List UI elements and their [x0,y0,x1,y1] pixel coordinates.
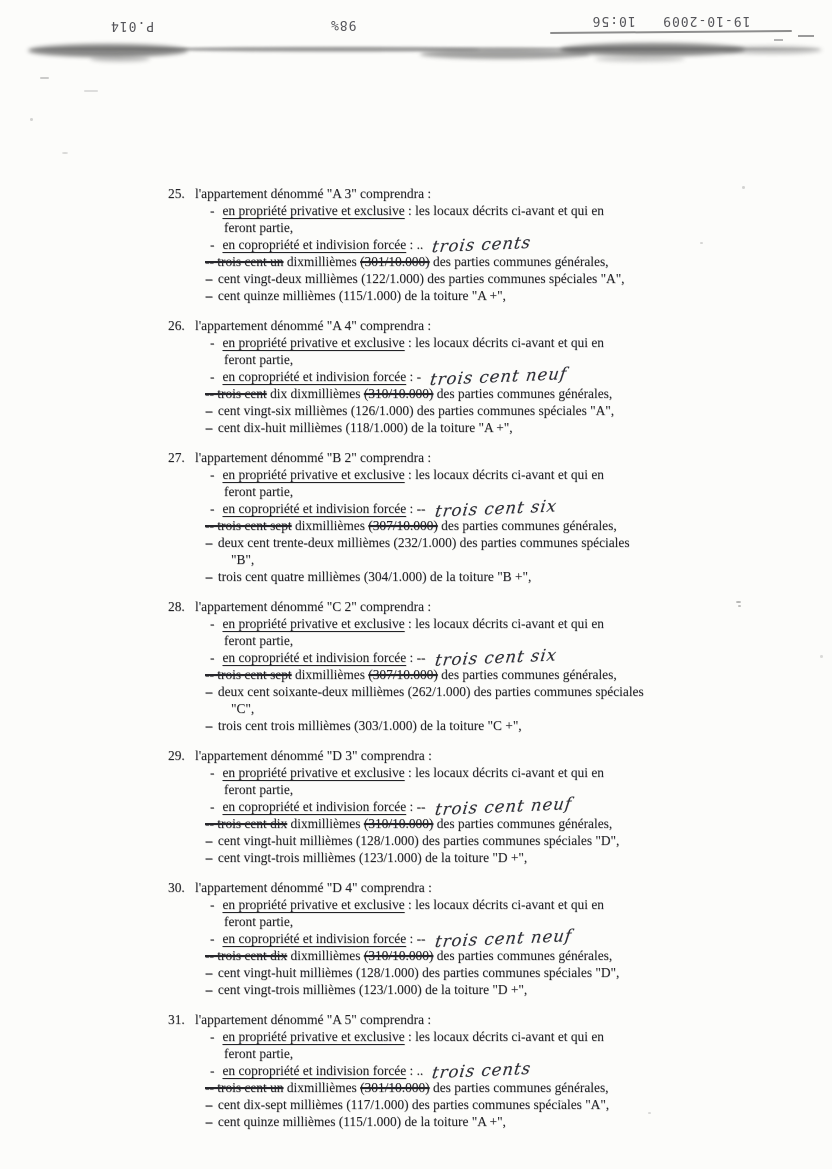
copropriete-sep: : - [406,369,421,384]
privative-line: -en propriété privative et exclusive : l… [168,764,792,781]
struck-text: -- trois cent dix [205,816,287,831]
list-item: 27.l'appartement dénommé "B 2" comprendr… [168,449,792,585]
scan-speck [820,655,823,658]
bullet-dash: - [210,335,214,350]
item-title: l'appartement dénommé "A 4" comprendra : [195,318,431,333]
bullet-dash: - [210,765,214,780]
copropriete-label: en copropriété et indivision forcée [222,237,406,252]
generales-line: -- trois cent un dixmillièmes (301/10.00… [168,253,792,270]
toiture-line: --trois cent trois millièmes (303/1.000)… [168,717,792,734]
list-item: 28.l'appartement dénommé "C 2" comprendr… [168,598,792,734]
generales-mid: dixmillièmes [287,948,364,963]
handwritten-annotation: trois cent six [434,650,557,665]
privative-line: -en propriété privative et exclusive : l… [168,1028,792,1045]
generales-mid: dixmillièmes [283,1080,360,1095]
speciales-line: --cent vingt-huit millièmes (128/1.000) … [168,832,792,849]
generales-rest: des parties communes générales, [433,386,612,401]
bullet-dashes: -- [205,535,212,550]
privative-wrap: feront partie, [168,219,792,236]
speciales-text: cent vingt-huit millièmes (128/1.000) de… [218,965,619,980]
struck-fraction: (310/10.000) [364,948,434,963]
bullet-dashes: -- [205,718,212,733]
scan-smudge-band [0,40,832,70]
toiture-text: trois cent quatre millièmes (304/1.000) … [218,569,531,584]
speciales-text: deux cent trente-deux millièmes (232/1.0… [218,535,630,550]
toiture-line: --cent vingt-trois millièmes (123/1.000)… [168,849,792,866]
generales-mid: dixmillièmes [292,667,369,682]
item-title: l'appartement dénommé "C 2" comprendra : [195,599,431,614]
list-item: 25.l'appartement dénommé "A 3" comprendr… [168,185,792,304]
struck-fraction: (301/10.000) [360,1080,430,1095]
list-item: 30.l'appartement dénommé "D 4" comprendr… [168,879,792,998]
item-header: 25.l'appartement dénommé "A 3" comprendr… [168,185,792,202]
item-number: 25. [168,185,195,202]
bullet-dashes: -- [205,288,212,303]
copropriete-sep: : -- [406,799,425,814]
toiture-text: cent dix-huit millièmes (118/1.000) de l… [218,420,513,435]
speciales-text: deux cent soixante-deux millièmes (262/1… [218,684,644,699]
list-item: 26.l'appartement dénommé "A 4" comprendr… [168,317,792,436]
copropriete-line: -en copropriété et indivision forcée : -… [168,798,792,815]
generales-line: -- trois cent dix dixmillièmes (310/10.0… [168,385,792,402]
item-number: 27. [168,449,195,466]
item-title: l'appartement dénommé "A 5" comprendra : [195,1012,431,1027]
fax-header-underline [550,30,792,34]
bullet-dashes: -- [205,1097,212,1112]
document-body: 25.l'appartement dénommé "A 3" comprendr… [168,185,792,1143]
item-title: l'appartement dénommé "B 2" comprendra : [195,450,431,465]
struck-fraction: (307/10.000) [368,667,438,682]
toiture-line: --cent quinze millièmes (115/1.000) de l… [168,1113,792,1130]
privative-rest: : les locaux décrits ci-avant et qui en [405,335,604,350]
struck-text: -- trois cent [205,386,267,401]
bullet-dashes: -- [205,403,212,418]
privative-rest: : les locaux décrits ci-avant et qui en [405,1029,604,1044]
item-number: 29. [168,747,195,764]
privative-label: en propriété privative et exclusive [222,203,404,218]
bullet-dash: - [210,501,214,516]
privative-line: -en propriété privative et exclusive : l… [168,466,792,483]
handwritten-annotation: trois cent six [434,501,557,516]
privative-label: en propriété privative et exclusive [222,1029,404,1044]
bullet-dashes: -- [205,982,212,997]
bullet-dashes: -- [205,684,212,699]
privative-wrap: feront partie, [168,632,792,649]
generales-rest: des parties communes générales, [430,1080,609,1095]
scan-speck [84,90,98,92]
speciales-text: cent vingt-huit millièmes (128/1.000) de… [218,833,619,848]
bullet-dashes: -- [205,850,212,865]
privative-wrap: feront partie, [168,483,792,500]
privative-rest: : les locaux décrits ci-avant et qui en [405,467,604,482]
copropriete-label: en copropriété et indivision forcée [222,369,406,384]
copropriete-line: -en copropriété et indivision forcée : -… [168,649,792,666]
list-item: 31.l'appartement dénommé "A 5" comprendr… [168,1011,792,1130]
privative-wrap: feront partie, [168,351,792,368]
privative-line: -en propriété privative et exclusive : l… [168,896,792,913]
privative-line: -en propriété privative et exclusive : l… [168,202,792,219]
bullet-dash: - [210,650,214,665]
speciales-line: --cent dix-sept millièmes (117/1.000) de… [168,1096,792,1113]
scan-artifact-dash [798,35,814,37]
handwritten-annotation: trois cents [432,1064,532,1078]
list-item: 29.l'appartement dénommé "D 3" comprendr… [168,747,792,866]
speciales-wrap: "B", [168,551,792,568]
generales-line: -- trois cent sept dixmillièmes (307/10.… [168,666,792,683]
generales-rest: des parties communes générales, [433,948,612,963]
toiture-text: trois cent trois millièmes (303/1.000) d… [218,718,522,733]
copropriete-sep: : .. [406,237,423,252]
struck-text: -- trois cent dix [205,948,287,963]
generales-line: -- trois cent un dixmillièmes (301/10.00… [168,1079,792,1096]
generales-rest: des parties communes générales, [438,667,617,682]
handwritten-annotation: trois cents [432,238,532,252]
copropriete-line: -en copropriété et indivision forcée : -… [168,500,792,517]
privative-rest: : les locaux décrits ci-avant et qui en [405,765,604,780]
speciales-line: --deux cent trente-deux millièmes (232/1… [168,534,792,551]
scan-speck [40,77,49,79]
toiture-line: --cent vingt-trois millièmes (123/1.000)… [168,981,792,998]
speciales-line: --cent vingt-deux millièmes (122/1.000) … [168,270,792,287]
generales-mid: dixmillièmes [287,816,364,831]
scan-speck [30,118,33,121]
bullet-dash: - [210,799,214,814]
bullet-dashes: -- [205,271,212,286]
fax-datetime: 19-10-2009 10:56 [548,13,794,28]
bullet-dash: - [210,237,214,252]
scanned-page: 19-10-2009 10:56 98% P.014 25.l'appartem… [0,0,832,1169]
item-header: 29.l'appartement dénommé "D 3" comprendr… [168,747,792,764]
privative-wrap: feront partie, [168,1045,792,1062]
generales-rest: des parties communes générales, [433,816,612,831]
struck-fraction: (301/10.000) [360,254,430,269]
generales-mid: dix dixmillièmes [267,386,364,401]
item-header: 28.l'appartement dénommé "C 2" comprendr… [168,598,792,615]
bullet-dash: - [210,203,214,218]
item-header: 27.l'appartement dénommé "B 2" comprendr… [168,449,792,466]
bullet-dash: - [210,1029,214,1044]
speciales-text: cent dix-sept millièmes (117/1.000) des … [218,1097,609,1112]
item-number: 26. [168,317,195,334]
item-title: l'appartement dénommé "D 4" comprendra : [195,880,432,895]
bullet-dashes: -- [205,965,212,980]
item-number: 30. [168,879,195,896]
privative-rest: : les locaux décrits ci-avant et qui en [405,616,604,631]
item-title: l'appartement dénommé "A 3" comprendra : [195,186,431,201]
bullet-dash: - [210,467,214,482]
copropriete-line: -en copropriété et indivision forcée : .… [168,236,792,253]
copropriete-label: en copropriété et indivision forcée [222,650,406,665]
fax-quality-percent: 98% [330,17,356,32]
bullet-dash: - [210,1063,214,1078]
item-number: 28. [168,598,195,615]
speciales-text: cent vingt-six millièmes (126/1.000) des… [218,403,614,418]
privative-label: en propriété privative et exclusive [222,897,404,912]
bullet-dash: - [210,616,214,631]
copropriete-sep: : .. [406,1063,423,1078]
privative-line: -en propriété privative et exclusive : l… [168,334,792,351]
bullet-dashes: -- [205,420,212,435]
copropriete-line: -en copropriété et indivision forcée : -… [168,930,792,947]
toiture-line: --cent dix-huit millièmes (118/1.000) de… [168,419,792,436]
generales-line: -- trois cent dix dixmillièmes (310/10.0… [168,947,792,964]
handwritten-annotation: trois cent neuf [434,799,572,815]
item-header: 31.l'appartement dénommé "A 5" comprendr… [168,1011,792,1028]
speciales-line: --cent vingt-huit millièmes (128/1.000) … [168,964,792,981]
toiture-text: cent quinze millièmes (115/1.000) de la … [218,1114,506,1129]
fax-page-number: P.014 [110,18,154,33]
scan-speck [62,152,68,154]
toiture-line: --cent quinze millièmes (115/1.000) de l… [168,287,792,304]
privative-wrap: feront partie, [168,913,792,930]
struck-text: -- trois cent sept [205,518,292,533]
speciales-text: cent vingt-deux millièmes (122/1.000) de… [218,271,625,286]
bullet-dash: - [210,931,214,946]
generales-mid: dixmillièmes [283,254,360,269]
privative-label: en propriété privative et exclusive [222,467,404,482]
struck-fraction: (310/10.000) [364,386,434,401]
bullet-dashes: -- [205,569,212,584]
copropriete-sep: : -- [406,931,425,946]
privative-rest: : les locaux décrits ci-avant et qui en [405,203,604,218]
struck-fraction: (307/10.000) [368,518,438,533]
item-header: 26.l'appartement dénommé "A 4" comprendr… [168,317,792,334]
handwritten-annotation: trois cent neuf [434,931,572,947]
generales-rest: des parties communes générales, [430,254,609,269]
generales-rest: des parties communes générales, [438,518,617,533]
bullet-dashes: -- [205,1114,212,1129]
toiture-text: cent vingt-trois millièmes (123/1.000) d… [218,850,527,865]
copropriete-line: -en copropriété et indivision forcée : -… [168,368,792,385]
toiture-text: cent quinze millièmes (115/1.000) de la … [218,288,506,303]
copropriete-label: en copropriété et indivision forcée [222,931,406,946]
privative-line: -en propriété privative et exclusive : l… [168,615,792,632]
toiture-line: --trois cent quatre millièmes (304/1.000… [168,568,792,585]
privative-label: en propriété privative et exclusive [222,765,404,780]
speciales-line: --deux cent soixante-deux millièmes (262… [168,683,792,700]
item-number: 31. [168,1011,195,1028]
privative-label: en propriété privative et exclusive [222,335,404,350]
handwritten-annotation: trois cent neuf [429,369,567,385]
struck-text: -- trois cent sept [205,667,292,682]
struck-fraction: (310/10.000) [364,816,434,831]
speciales-line: --cent vingt-six millièmes (126/1.000) d… [168,402,792,419]
privative-rest: : les locaux décrits ci-avant et qui en [405,897,604,912]
bullet-dashes: -- [205,833,212,848]
copropriete-label: en copropriété et indivision forcée [222,799,406,814]
item-header: 30.l'appartement dénommé "D 4" comprendr… [168,879,792,896]
copropriete-label: en copropriété et indivision forcée [222,501,406,516]
bullet-dash: - [210,897,214,912]
copropriete-label: en copropriété et indivision forcée [222,1063,406,1078]
generales-mid: dixmillièmes [292,518,369,533]
struck-text: -- trois cent un [205,1080,283,1095]
speciales-wrap: "C", [168,700,792,717]
bullet-dash: - [210,369,214,384]
generales-line: -- trois cent sept dixmillièmes (307/10.… [168,517,792,534]
item-title: l'appartement dénommé "D 3" comprendra : [195,748,432,763]
copropriete-line: -en copropriété et indivision forcée : .… [168,1062,792,1079]
copropriete-sep: : -- [406,650,425,665]
generales-line: -- trois cent dix dixmillièmes (310/10.0… [168,815,792,832]
struck-text: -- trois cent un [205,254,283,269]
toiture-text: cent vingt-trois millièmes (123/1.000) d… [218,982,527,997]
copropriete-sep: : -- [406,501,425,516]
privative-label: en propriété privative et exclusive [222,616,404,631]
privative-wrap: feront partie, [168,781,792,798]
